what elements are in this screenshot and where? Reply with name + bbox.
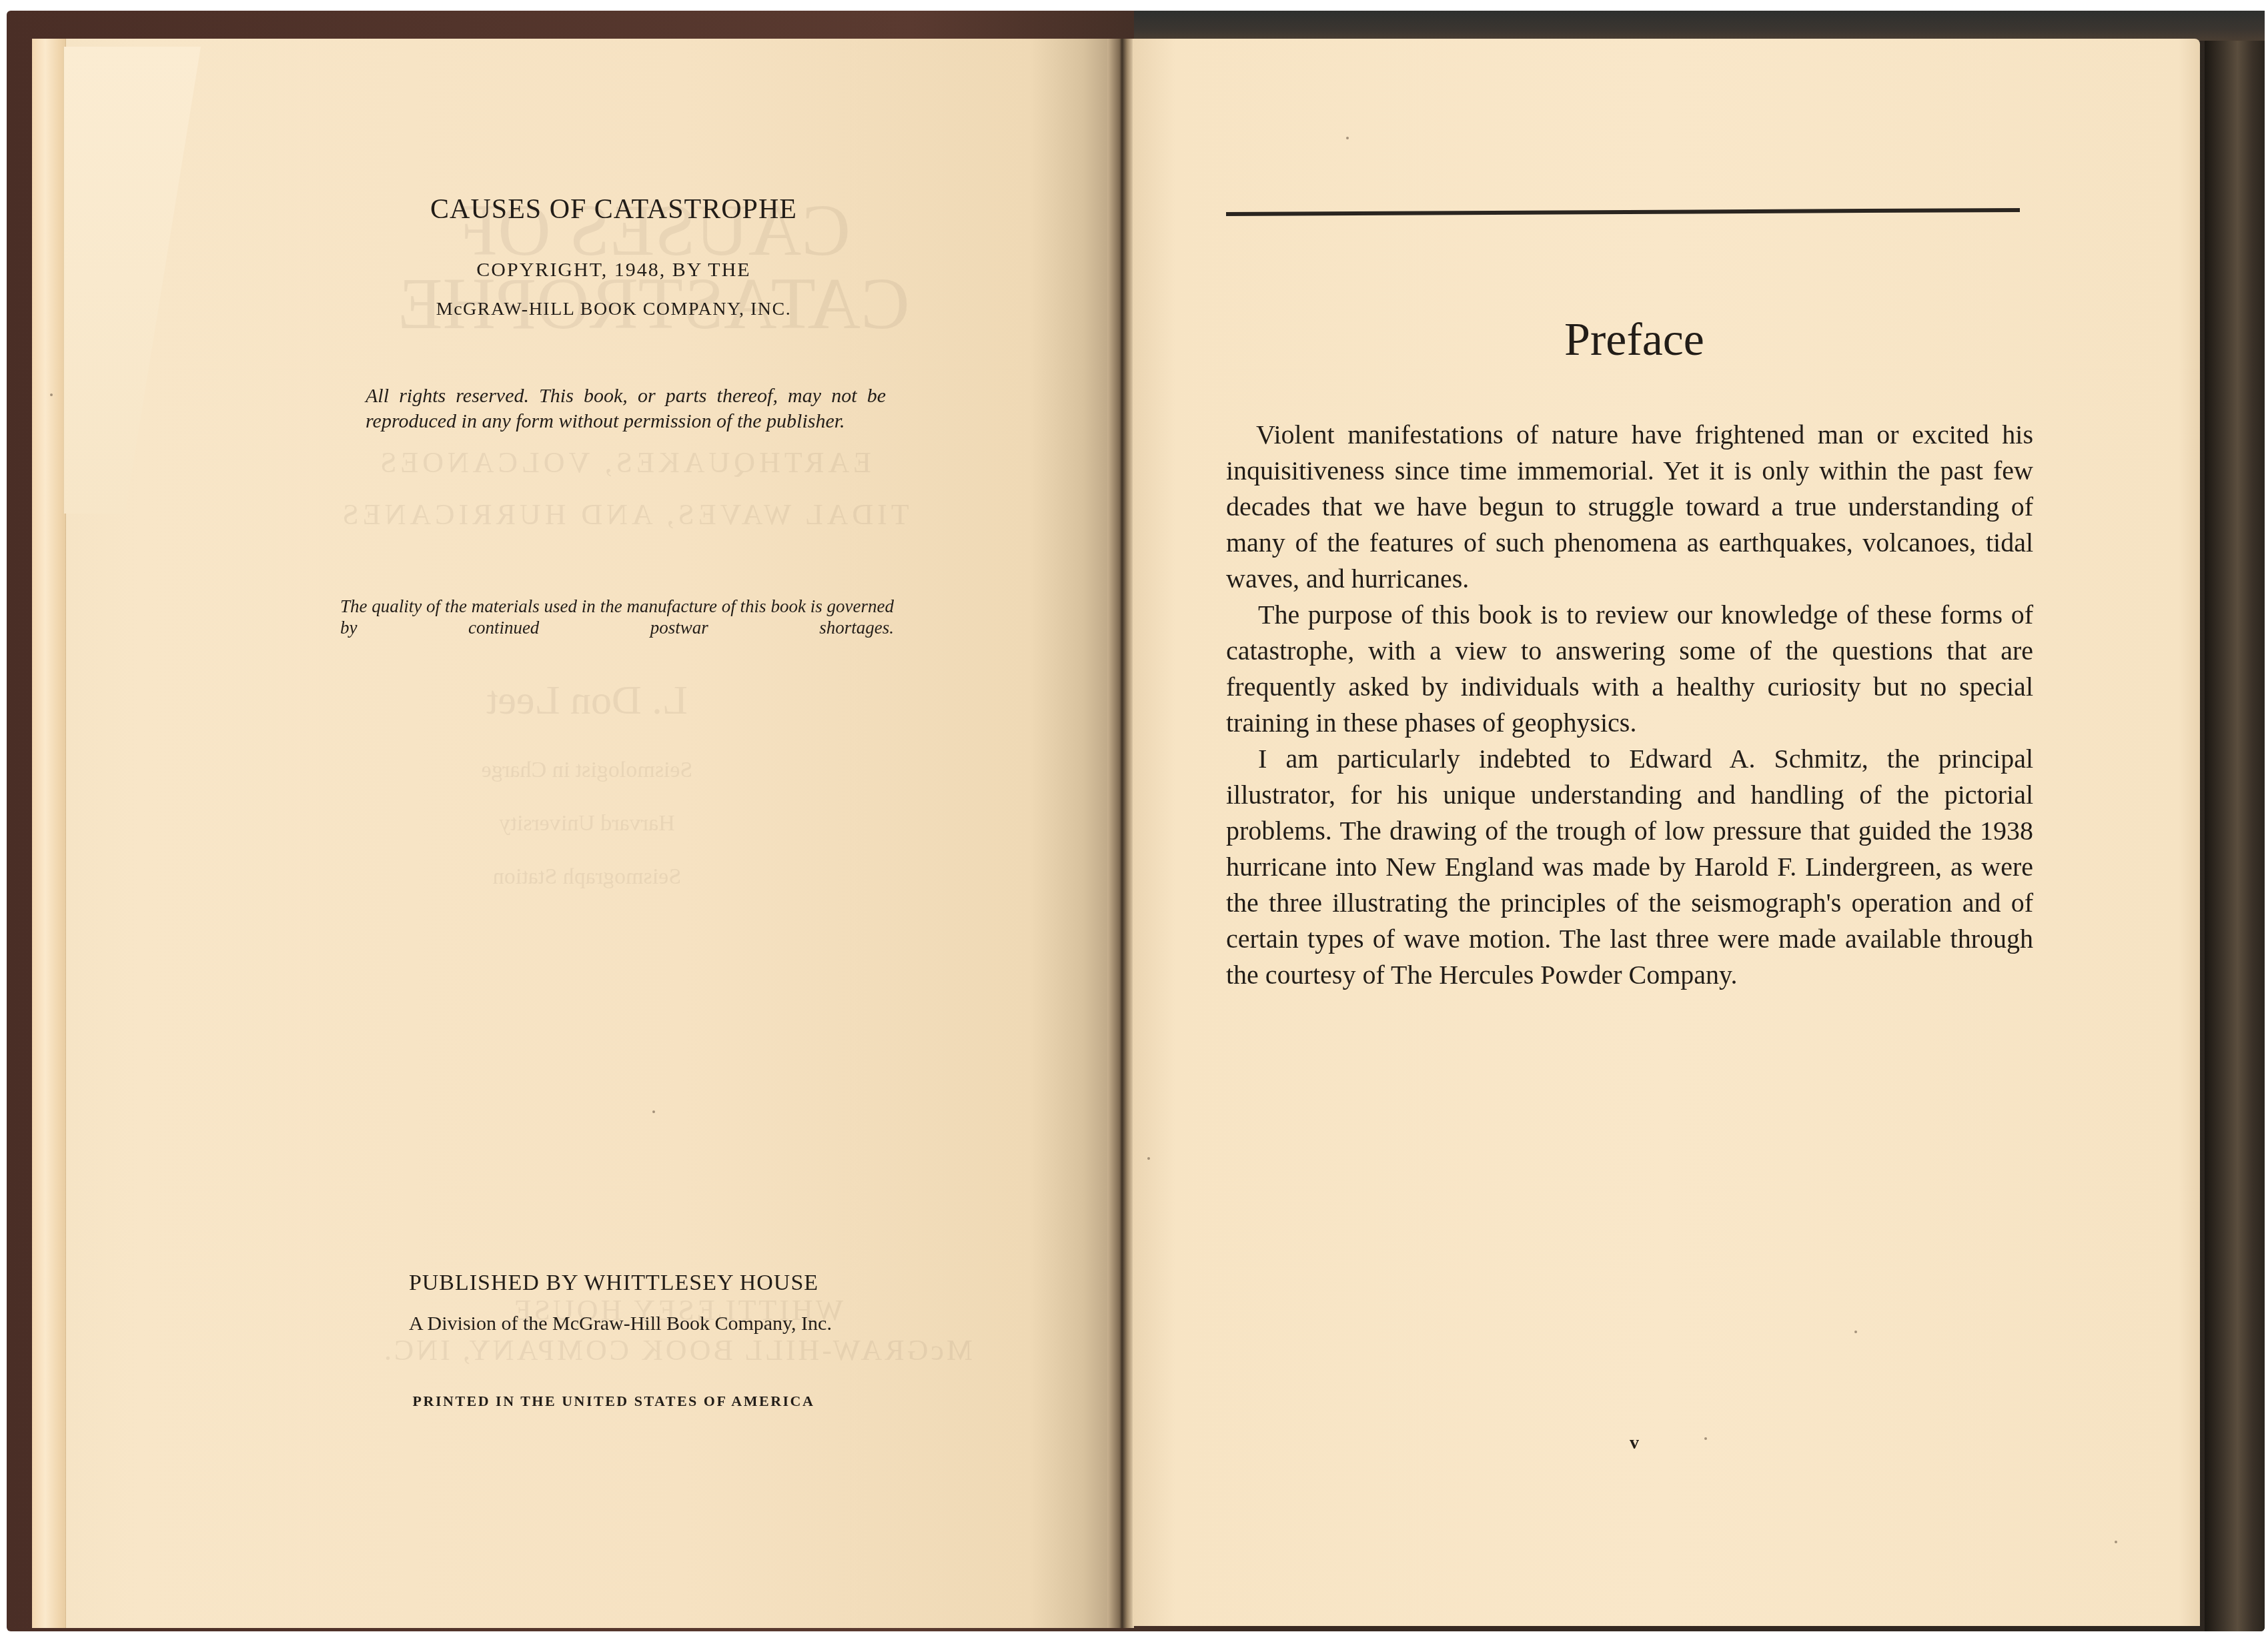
ghost-subtitle-line: EARTHQUAKES, VOLCANOES — [240, 437, 1007, 489]
cover-top-edge — [1134, 11, 2265, 41]
book-title: CAUSES OF CATASTROPHE — [347, 193, 881, 225]
rights-notice: All rights reserved. This book, or parts… — [366, 383, 886, 434]
preface-paragraph: Violent manifestations of nature have fr… — [1226, 417, 2033, 597]
paper-speck — [1854, 1331, 1857, 1333]
paper-speck — [1704, 1437, 1707, 1440]
ghost-affil-line: Seismograph Station — [387, 850, 787, 904]
ghost-subtitle: EARTHQUAKES, VOLCANOES TIDAL WAVES, AND … — [240, 437, 1007, 541]
ghost-subtitle-line: TIDAL WAVES, AND HURRICANES — [240, 489, 1007, 541]
printed-in-line: PRINTED IN THE UNITED STATES OF AMERICA — [347, 1393, 881, 1410]
preface-paragraph: The purpose of this book is to review ou… — [1226, 597, 2033, 741]
preface-paragraph: I am particularly indebted to Edward A. … — [1226, 741, 2033, 993]
book-scan: CAUSES OF CATASTROPHE EARTHQUAKES, VOLCA… — [0, 0, 2268, 1636]
page-number: v — [1601, 1433, 1668, 1454]
preface-heading: Preface — [1501, 313, 1768, 367]
paper-speck — [652, 1110, 655, 1113]
ghost-author: L. Don Leet — [387, 677, 787, 724]
ghost-affiliation: Seismologist in Charge Harvard Universit… — [387, 744, 787, 904]
quality-notice: The quality of the materials used in the… — [340, 596, 894, 638]
book-gutter — [1107, 39, 1134, 1628]
left-page-edge — [32, 39, 66, 1628]
ghost-affil-line: Seismologist in Charge — [387, 744, 787, 797]
division-line: A Division of the McGraw-Hill Book Compa… — [347, 1313, 894, 1335]
cover-edge — [2205, 11, 2265, 1631]
preface-body: Violent manifestations of nature have fr… — [1226, 417, 2033, 993]
copyright-holder: McGRAW-HILL BOOK COMPANY, INC. — [347, 299, 881, 320]
paper-speck — [1346, 137, 1349, 139]
paper-speck — [2115, 1541, 2117, 1543]
ghost-affil-line: Harvard University — [387, 797, 787, 850]
publisher-line: PUBLISHED BY WHITTLESEY HOUSE — [347, 1271, 881, 1296]
paper-speck — [1147, 1157, 1150, 1160]
copyright-line: COPYRIGHT, 1948, BY THE — [347, 259, 881, 281]
ghost-publisher-line: McGRAW-HILL BOOK COMPANY, INC. — [227, 1331, 1127, 1371]
paper-speck — [50, 393, 53, 396]
